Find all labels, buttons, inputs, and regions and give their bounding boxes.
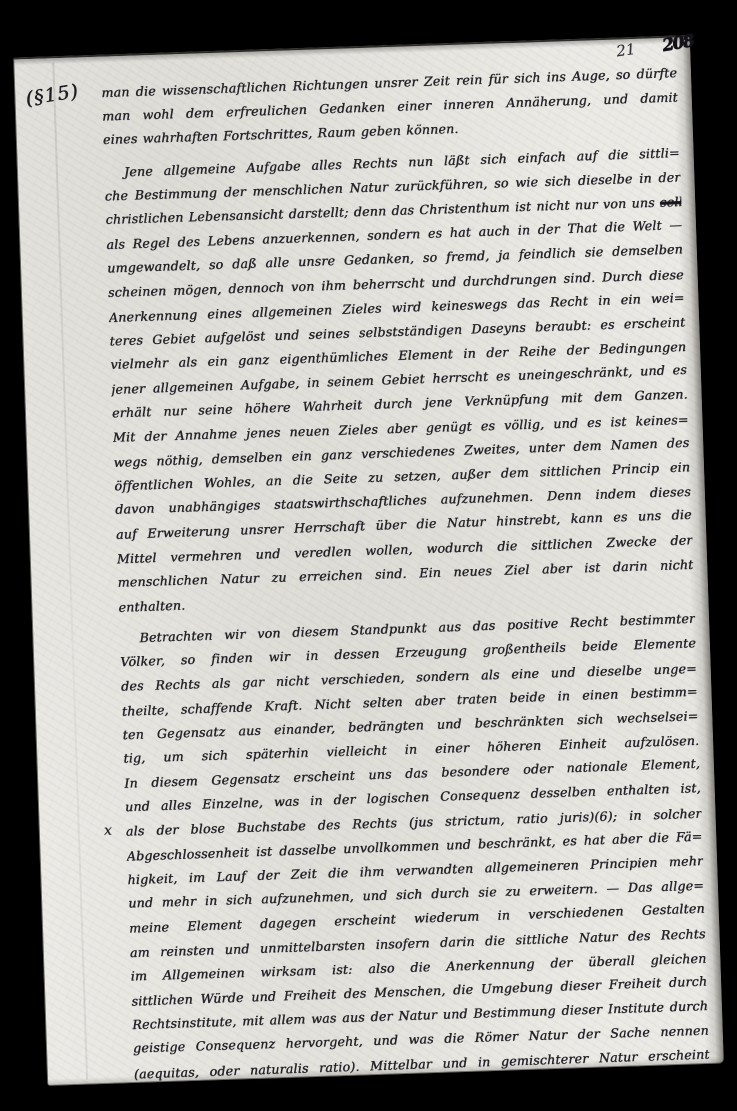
margin-x-mark: x (104, 823, 112, 839)
paragraph: Jene allgemeine Aufgabe alles Rechts nun… (104, 141, 695, 619)
paper-fold-line (52, 62, 88, 1080)
folio-number-pencil: 21 (615, 40, 636, 60)
folio-number-ink: 208 (661, 31, 695, 56)
manuscript-page: 21 208 (§15) x man die wissenschaftliche… (13, 35, 724, 1086)
manuscript-text: man die wissenschaftlichen Richtungen un… (101, 62, 710, 1086)
paragraph: Betrachten wir von diesem Standpunkt aus… (119, 607, 710, 1085)
scan-background: 21 208 (§15) x man die wissenschaftliche… (0, 0, 737, 1111)
struck-word: selbst (660, 193, 682, 209)
paragraph: man die wissenschaftlichen Richtungen un… (101, 62, 679, 154)
margin-section-label: (§15) (24, 80, 80, 110)
